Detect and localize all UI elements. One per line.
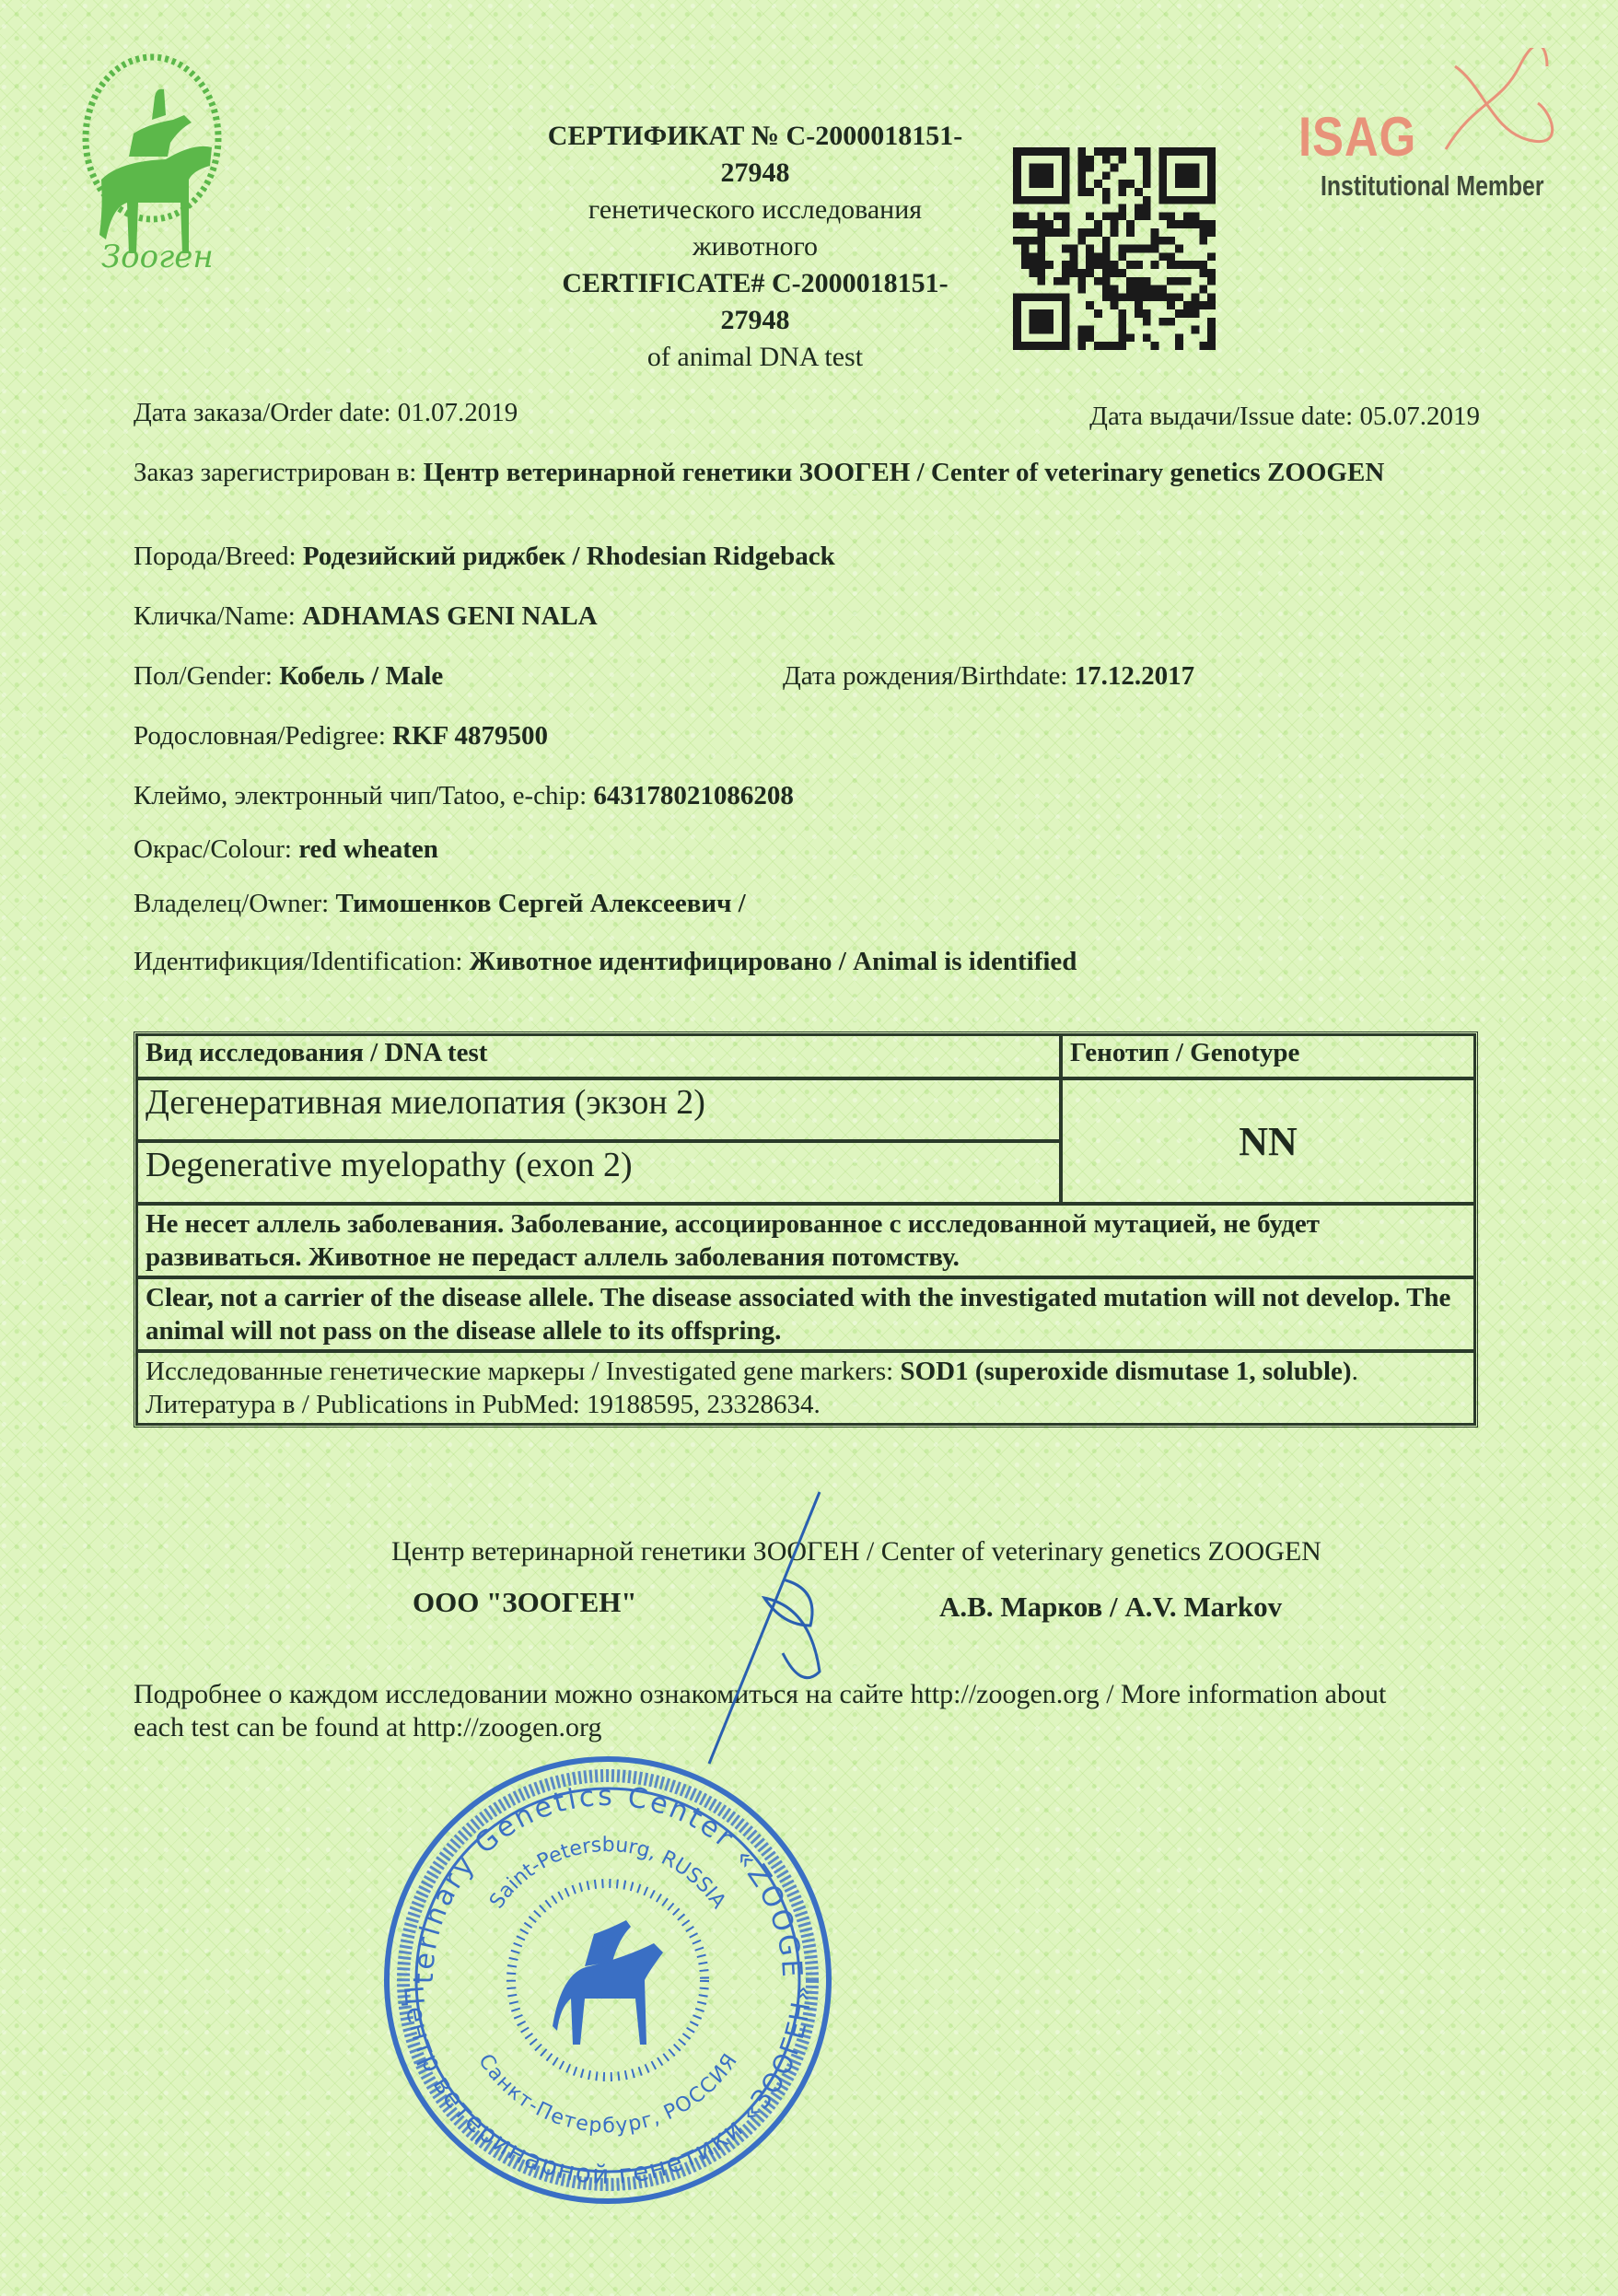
- isag-word: ISAG: [1298, 105, 1416, 169]
- gender-label: Пол/Gender:: [134, 661, 279, 691]
- breed-field: Порода/Breed: Родезийский риджбек / Rhod…: [134, 542, 835, 572]
- colour-field: Окрас/Colour: red wheaten: [134, 834, 438, 865]
- identification-label: Идентификция/Identification:: [134, 947, 470, 976]
- dna-helix-icon: [1437, 48, 1556, 158]
- markers-row: Исследованные генетические маркеры / Inv…: [136, 1351, 1475, 1425]
- markers-label: Исследованные генетические маркеры / Inv…: [146, 1357, 900, 1386]
- interpretation-en: Clear, not a carrier of the disease alle…: [136, 1277, 1475, 1351]
- identification-value: Животное идентифицировано / Animal is id…: [470, 947, 1077, 976]
- interpretation-ru: Не несет аллель заболевания. Заболевание…: [136, 1204, 1475, 1277]
- breed-value: Родезийский риджбек / Rhodesian Ridgebac…: [303, 542, 835, 571]
- signature: [672, 1487, 856, 1782]
- gender-value: Кобель / Male: [279, 661, 443, 691]
- name-field: Кличка/Name: ADHAMAS GENI NALA: [134, 601, 598, 632]
- subtitle-ru-line2: животного: [488, 228, 1022, 265]
- zoogen-logo: Зооген: [64, 41, 239, 281]
- birthdate-label: Дата рождения/Birthdate:: [783, 661, 1075, 691]
- markers-value: SOD1 (superoxide dismutase 1, soluble): [900, 1357, 1351, 1386]
- birthdate-field: Дата рождения/Birthdate: 17.12.2017: [783, 661, 1194, 692]
- owner-value: Тимошенков Сергей Алексеевич /: [335, 889, 745, 918]
- registered-field: Заказ зарегистрирован в: Центр ветеринар…: [134, 457, 1423, 488]
- issue-date-label: Дата выдачи/Issue date:: [1089, 402, 1359, 431]
- col-header-test: Вид исследования / DNA test: [136, 1034, 1061, 1078]
- breed-label: Порода/Breed:: [134, 542, 303, 571]
- genotype-value: NN: [1061, 1078, 1475, 1204]
- title-ru-line2: 27948: [488, 155, 1022, 192]
- svg-text:Saint-Petersburg, RUSSIA: Saint-Petersburg, RUSSIA: [485, 1834, 730, 1913]
- col-header-genotype: Генотип / Genotype: [1061, 1034, 1475, 1078]
- registered-value: Центр ветеринарной генетики ЗООГЕН / Cen…: [424, 458, 1385, 487]
- colour-value: red wheaten: [298, 834, 438, 864]
- order-date-value: 01.07.2019: [398, 398, 518, 427]
- order-date-label: Дата заказа/Order date:: [134, 398, 398, 427]
- pedigree-label: Родословная/Pedigree:: [134, 721, 392, 751]
- qr-code[interactable]: [1013, 147, 1216, 350]
- test-name-ru: Дегенеративная миелопатия (экзон 2): [136, 1078, 1061, 1141]
- owner-label: Владелец/Owner:: [134, 889, 335, 918]
- chip-field: Клеймо, электронный чип/Tatoo, e-chip: 6…: [134, 781, 794, 811]
- svg-text:Центр ветеринарной генетики «З: Центр ветеринарной генетики «ЗООГЕН»: [398, 1985, 818, 2190]
- issue-date-field: Дата выдачи/Issue date: 05.07.2019: [1089, 402, 1480, 432]
- certificate-title: СЕРТИФИКАТ № C-2000018151- 27948 генетич…: [488, 118, 1022, 376]
- name-label: Кличка/Name:: [134, 601, 302, 631]
- chip-label: Клеймо, электронный чип/Tatoo, e-chip:: [134, 781, 593, 810]
- birthdate-value: 17.12.2017: [1075, 661, 1195, 691]
- isag-logo: ISAG Institutional Member: [1298, 85, 1593, 214]
- title-ru-line1: СЕРТИФИКАТ № C-2000018151-: [488, 118, 1022, 155]
- name-value: ADHAMAS GENI NALA: [302, 601, 598, 631]
- title-en-line1: CERTIFICATE# C-2000018151-: [488, 265, 1022, 302]
- issue-date-value: 05.07.2019: [1360, 402, 1481, 431]
- gender-field: Пол/Gender: Кобель / Male: [134, 661, 443, 692]
- chip-value: 643178021086208: [593, 781, 794, 810]
- svg-text:Зооген: Зооген: [101, 239, 214, 275]
- director-name: А.В. Марков / A.V. Markov: [939, 1591, 1282, 1624]
- test-name-en: Degenerative myelopathy (exon 2): [136, 1141, 1061, 1204]
- company-name: ООО "ЗООГЕН": [413, 1586, 637, 1619]
- results-table: Вид исследования / DNA test Генотип / Ge…: [134, 1031, 1478, 1428]
- isag-member-text: Institutional Member: [1321, 169, 1544, 203]
- order-date-field: Дата заказа/Order date: 01.07.2019: [134, 398, 518, 428]
- colour-label: Окрас/Colour:: [134, 834, 298, 864]
- official-stamp: Veterinary Genetics Center «ZOOGEN» Sain…: [378, 1750, 838, 2210]
- svg-text:Санкт-Петербург, РОССИЯ: Санкт-Петербург, РОССИЯ: [473, 2050, 742, 2138]
- identification-field: Идентификция/Identification: Животное ид…: [134, 947, 1077, 977]
- subtitle-en: of animal DNA test: [488, 339, 1022, 376]
- title-en-line2: 27948: [488, 302, 1022, 339]
- registered-label: Заказ зарегистрирован в:: [134, 458, 424, 487]
- pedigree-value: RKF 4879500: [392, 721, 548, 751]
- subtitle-ru-line1: генетического исследования: [488, 192, 1022, 228]
- pedigree-field: Родословная/Pedigree: RKF 4879500: [134, 721, 548, 752]
- owner-field: Владелец/Owner: Тимошенков Сергей Алексе…: [134, 889, 746, 919]
